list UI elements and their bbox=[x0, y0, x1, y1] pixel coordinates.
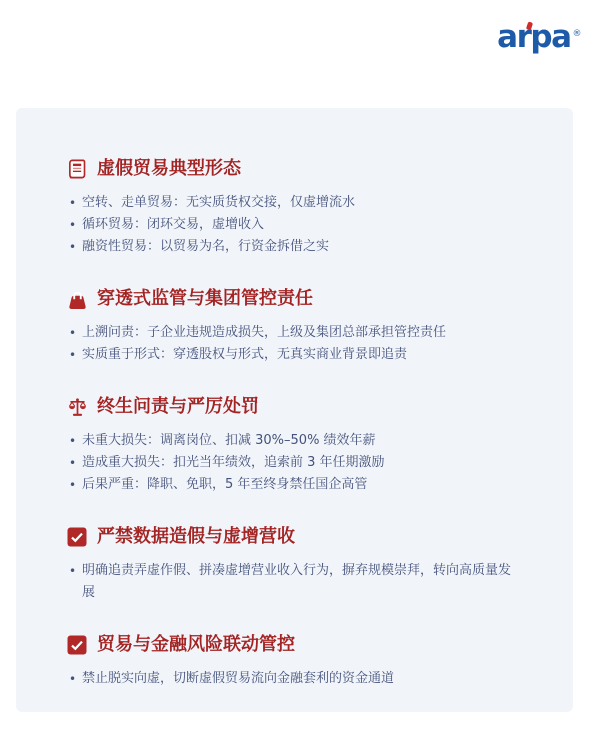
bullet-item: 上溯问责：子企业违规造成损失，上级及集团总部承担管控责任 bbox=[66, 322, 523, 344]
section-title: 严禁数据造假与虚增营收 bbox=[97, 526, 295, 548]
bullet-item: 造成重大损失：扣光当年绩效，追索前 3 年任期激励 bbox=[66, 452, 523, 474]
section-heading: 严禁数据造假与虚增营收 bbox=[66, 526, 523, 548]
bullet-item: 后果严重：降职、免职，5 年至终身禁任国企高管 bbox=[66, 474, 523, 496]
section-fake-trade-forms: 虚假贸易典型形态 空转、走单贸易：无实质货权交接，仅虚增流水 循环贸易：闭环交易… bbox=[66, 158, 523, 258]
checkbox-icon bbox=[66, 634, 88, 656]
bullet-item: 循环贸易：闭环交易，虚增收入 bbox=[66, 214, 523, 236]
section-title: 终生问责与严厉处罚 bbox=[97, 396, 259, 418]
bullet-item: 明确追责弄虚作假、拼凑虚增营业收入行为，摒弃规模崇拜，转向高质量发展 bbox=[66, 560, 523, 604]
summary-card: 虚假贸易典型形态 空转、走单贸易：无实质货权交接，仅虚增流水 循环贸易：闭环交易… bbox=[16, 108, 573, 712]
section-title: 穿透式监管与集团管控责任 bbox=[97, 288, 313, 310]
bullet-list: 明确追责弄虚作假、拼凑虚增营业收入行为，摒弃规模崇拜，转向高质量发展 bbox=[66, 560, 523, 604]
scales-icon bbox=[66, 396, 88, 418]
bullet-list: 上溯问责：子企业违规造成损失，上级及集团总部承担管控责任 实质重于形式：穿透股权… bbox=[66, 322, 523, 366]
bullet-list: 禁止脱实向虚，切断虚假贸易流向金融套利的资金通道 bbox=[66, 668, 523, 690]
lock-icon bbox=[66, 288, 88, 310]
section-heading: 贸易与金融风险联动管控 bbox=[66, 634, 523, 656]
bullet-item: 未重大损失：调离岗位、扣减 30%–50% 绩效年薪 bbox=[66, 430, 523, 452]
section-no-data-fraud: 严禁数据造假与虚增营收 明确追责弄虚作假、拼凑虚增营业收入行为，摒弃规模崇拜，转… bbox=[66, 526, 523, 604]
section-heading: 穿透式监管与集团管控责任 bbox=[66, 288, 523, 310]
checkbox-icon bbox=[66, 526, 88, 548]
registered-mark: ® bbox=[573, 29, 581, 39]
section-heading: 虚假贸易典型形态 bbox=[66, 158, 523, 180]
bullet-item: 实质重于形式：穿透股权与形式，无真实商业背景即追责 bbox=[66, 344, 523, 366]
logo-letter-a: a bbox=[497, 19, 516, 55]
section-penetrating-supervision: 穿透式监管与集团管控责任 上溯问责：子企业违规造成损失，上级及集团总部承担管控责… bbox=[66, 288, 523, 366]
section-title: 贸易与金融风险联动管控 bbox=[97, 634, 295, 656]
bullet-list: 空转、走单贸易：无实质货权交接，仅虚增流水 循环贸易：闭环交易，虚增收入 融资性… bbox=[66, 192, 523, 258]
section-lifelong-accountability: 终生问责与严厉处罚 未重大损失：调离岗位、扣减 30%–50% 绩效年薪 造成重… bbox=[66, 396, 523, 496]
logo-letter-r: r bbox=[517, 22, 531, 53]
section-title: 虚假贸易典型形态 bbox=[97, 158, 241, 180]
bullet-item: 禁止脱实向虚，切断虚假贸易流向金融套利的资金通道 bbox=[66, 668, 523, 690]
bullet-item: 空转、走单贸易：无实质货权交接，仅虚增流水 bbox=[66, 192, 523, 214]
logo-letters-pa: pa bbox=[530, 19, 570, 55]
bullet-list: 未重大损失：调离岗位、扣减 30%–50% 绩效年薪 造成重大损失：扣光当年绩效… bbox=[66, 430, 523, 496]
section-heading: 终生问责与严厉处罚 bbox=[66, 396, 523, 418]
brand-logo: arpa® bbox=[497, 22, 580, 53]
scroll-icon bbox=[66, 158, 88, 180]
section-trade-finance-risk: 贸易与金融风险联动管控 禁止脱实向虚，切断虚假贸易流向金融套利的资金通道 bbox=[66, 634, 523, 690]
bullet-item: 融资性贸易：以贸易为名，行资金拆借之实 bbox=[66, 236, 523, 258]
